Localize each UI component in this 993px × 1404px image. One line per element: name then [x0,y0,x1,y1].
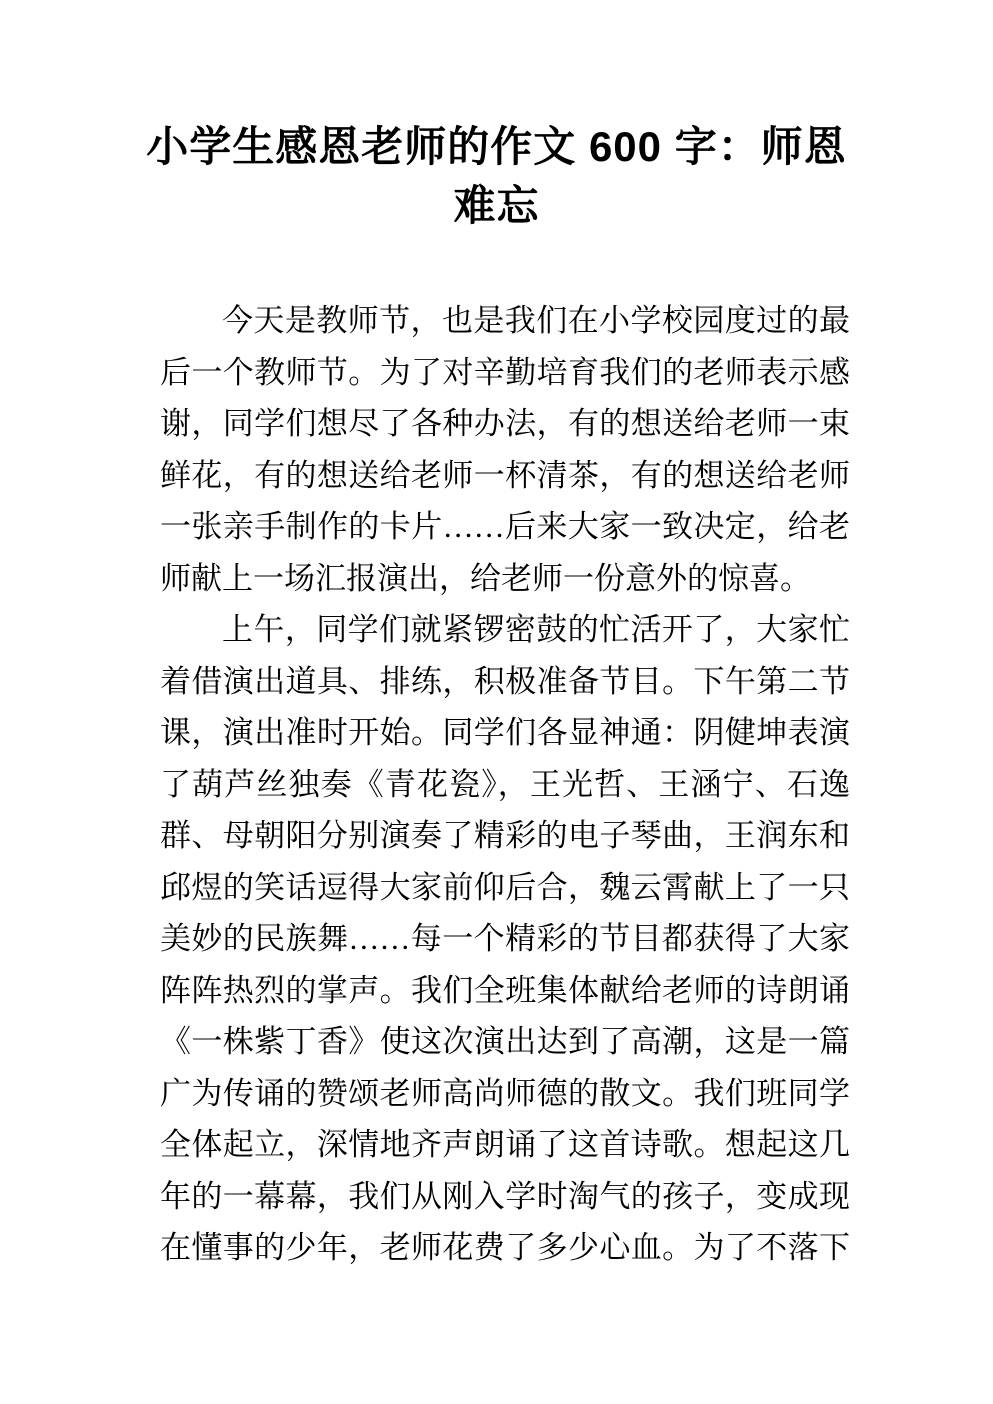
body-line: 师献上一场汇报演出，给老师一份意外的惊喜。 [160,553,850,605]
body-line: 一张亲手制作的卡片……后来大家一致决定，给老 [160,501,850,553]
body-line: 邱煜的笑话逗得大家前仰后合，魏云霄献上了一只 [160,862,850,914]
body-line: 谢，同学们想尽了各种办法，有的想送给老师一束 [160,398,850,450]
body-line: 了葫芦丝独奏《青花瓷》，王光哲、王涵宁、石逸 [160,759,850,811]
title-line-1: 小学生感恩老师的作文 600 字：师恩 [117,117,877,176]
body-line: 鲜花，有的想送给老师一杯清茶，有的想送给老师 [160,450,850,502]
body-line: 课，演出准时开始。同学们各显神通：阴健坤表演 [160,707,850,759]
title-line-2: 难忘 [117,176,877,235]
body-line: 今天是教师节，也是我们在小学校园度过的最 [160,295,850,347]
document-body: 今天是教师节，也是我们在小学校园度过的最 后一个教师节。为了对辛勤培育我们的老师… [160,295,850,1274]
body-line: 在懂事的少年，老师花费了多少心血。为了不落下 [160,1222,850,1274]
body-line: 着借演出道具、排练，积极准备节目。下午第二节 [160,656,850,708]
body-line: 群、母朝阳分别演奏了精彩的电子琴曲，王润东和 [160,810,850,862]
body-line: 美妙的民族舞……每一个精彩的节目都获得了大家 [160,913,850,965]
body-line: 年的一幕幕，我们从刚入学时淘气的孩子，变成现 [160,1171,850,1223]
body-line: 阵阵热烈的掌声。我们全班集体献给老师的诗朗诵 [160,965,850,1017]
body-line: 上午，同学们就紧锣密鼓的忙活开了，大家忙 [160,604,850,656]
body-line: 《一株紫丁香》使这次演出达到了高潮，这是一篇 [160,1016,850,1068]
body-line: 全体起立，深情地齐声朗诵了这首诗歌。想起这几 [160,1119,850,1171]
document-page: 小学生感恩老师的作文 600 字：师恩 难忘 今天是教师节，也是我们在小学校园度… [0,0,993,1404]
document-title: 小学生感恩老师的作文 600 字：师恩 难忘 [117,117,877,235]
body-line: 广为传诵的赞颂老师高尚师德的散文。我们班同学 [160,1068,850,1120]
body-line: 后一个教师节。为了对辛勤培育我们的老师表示感 [160,347,850,399]
